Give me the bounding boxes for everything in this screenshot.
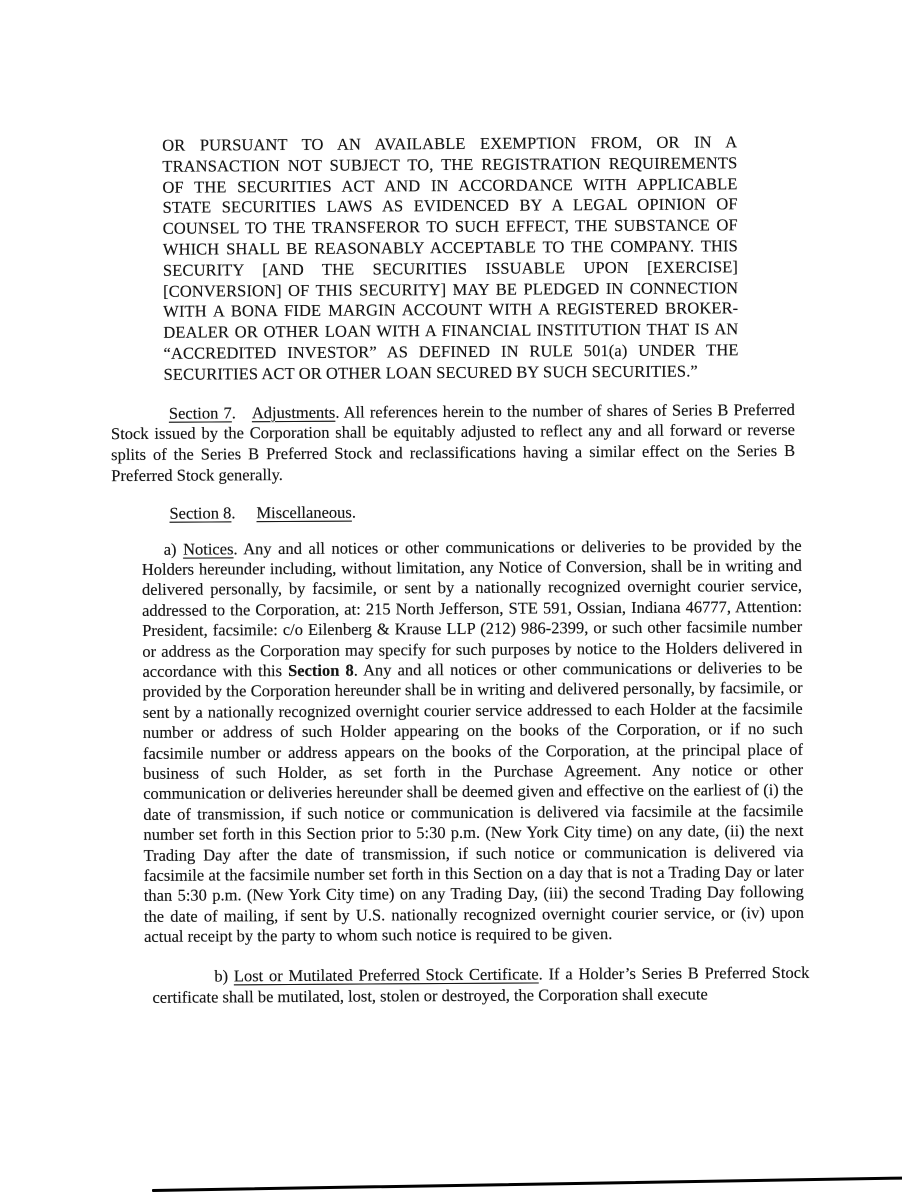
lost-cert-item-label: b) [214, 966, 228, 985]
section8-label: Section 8 [169, 503, 231, 522]
section8-label-period: . [231, 503, 235, 522]
notices-item-label: a) [164, 539, 177, 558]
lost-certificate-paragraph: b) Lost or Mutilated Preferred Stock Cer… [152, 961, 809, 1008]
section8-title: Miscellaneous [256, 502, 351, 522]
lost-cert-title-period: . [539, 964, 543, 983]
notices-title: Notices [183, 539, 234, 558]
section7-paragraph: Section 7.Adjustments. All references he… [111, 399, 795, 486]
securities-legend-paragraph: OR PURSUANT TO AN AVAILABLE EXEMPTION FR… [162, 132, 739, 385]
notices-paragraph: a) Notices. Any and all notices or other… [142, 535, 804, 947]
section8-title-period: . [352, 502, 356, 521]
section7-label-period: . [232, 403, 236, 422]
lost-cert-title: Lost or Mutilated Preferred Stock Certif… [234, 964, 539, 985]
notices-section8-reference: Section 8 [288, 661, 354, 680]
section7-label: Section 7 [169, 403, 232, 422]
section8-heading: Section 8.Miscellaneous. [169, 499, 901, 524]
document-page: OR PURSUANT TO AN AVAILABLE EXEMPTION FR… [0, 0, 902, 1197]
document-content: OR PURSUANT TO AN AVAILABLE EXEMPTION FR… [0, 0, 902, 1197]
notices-title-period: . [233, 539, 237, 558]
section7-title: Adjustments [252, 402, 336, 422]
notices-body-part2: . Any and all notices or other communica… [143, 658, 804, 946]
section7-title-period: . [335, 402, 339, 421]
